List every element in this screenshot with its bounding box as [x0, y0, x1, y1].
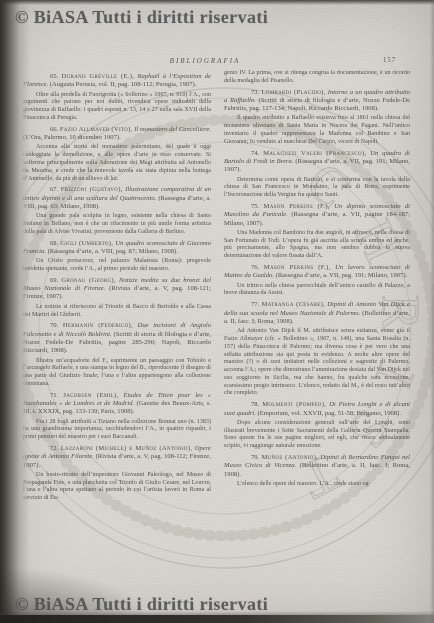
book-binding-shadow — [0, 0, 30, 623]
bibliography-entry-head: 69. Gronau (Georg), Notizie inedite su d… — [23, 277, 211, 302]
copyright-watermark-bottom: © BiASA Tutti i diritti riservati — [15, 594, 268, 615]
bibliography-note: Ad Antonio Van Dijck il M. attribuisce s… — [224, 328, 410, 398]
entry-number: 77. — [251, 301, 259, 308]
entry-number: 68. — [50, 240, 58, 247]
bibliography-entry-head: 71. Jacobsen (Emil), Études de Titien po… — [23, 392, 211, 417]
entry-author: Molmenti (Pompeo), — [262, 401, 326, 408]
entry-number: 71. — [50, 392, 58, 399]
bibliography-entry-head: 70. Hermanin (Federico), Due incisioni d… — [23, 322, 211, 355]
page-header: BIBLIOGRAFIA 157 — [0, 57, 434, 69]
entry-ref: (Emporium, vol. XXVII, pag. 51-58; Berga… — [258, 410, 401, 417]
bibliography-note: Dopo alcune considerazioni generali sull… — [224, 420, 410, 451]
bibliography-note: Illustra un’acquaforte del F., espriment… — [23, 358, 211, 389]
entry-author: Lazzaroni (Michele) e Muñoz (Antonio), — [61, 445, 193, 452]
bibliography-note: Un trittico nella chiesa parrocchiale de… — [224, 283, 410, 299]
page-number: 157 — [383, 57, 396, 64]
bibliography-note: Una Madonna col Bambino fra due angioli,… — [224, 230, 410, 261]
entry-author: Hermanin (Federico), — [63, 322, 133, 329]
entry-author: Mason Perkins (F.), — [264, 264, 331, 271]
bibliography-entry-head: 65. Durand Gréville (E.), Raphaël à l’Ex… — [23, 73, 211, 90]
entry-author: Frizzoni (Gustavo), — [61, 186, 123, 193]
bibliography-entry-head: 66. Fazio Allmayer (Vito), Il monastero … — [23, 126, 211, 143]
entry-number: 72. — [50, 445, 58, 452]
entry-number: 70. — [50, 322, 58, 329]
bibliography-entry-head: 72. Lazzaroni (Michele) e Muñoz (Antonio… — [23, 445, 211, 470]
bibliography-note: Il quadro attribuito a Raffaello esistev… — [224, 115, 410, 146]
bibliography-note: L’elenco delle opere del maestro. L’A., … — [224, 481, 410, 489]
entry-ref: (Rassegna d’arte, a. VII, pag. 191; Mila… — [276, 272, 408, 279]
bibliography-column-right: genio IV. La prima, ove si ritenga congr… — [224, 70, 410, 536]
bibliography-note: Un Cristo portacroce, nel palazzo Malate… — [23, 258, 211, 274]
entry-author: Jacobsen (Emil), — [63, 392, 118, 399]
bibliography-entry-head: 76. Mason Perkins (F.), Un lavoro sconos… — [224, 264, 410, 281]
entry-author: Gigli (Umberto), — [60, 240, 113, 247]
entry-author: Muñoz (Antonio), — [261, 454, 318, 461]
bibliography-note: Determina come opera di Bartolo, e si co… — [224, 177, 410, 200]
entry-number: 65. — [50, 73, 58, 80]
entry-author: Malaguzzi Valeri (Francesco), — [263, 150, 366, 157]
bibliography-note: Le notizie si riferiscono al Trionfo di … — [23, 304, 211, 320]
entry-ref: (Augusta Perusia, vol. II, pag. 108-112;… — [50, 81, 196, 88]
bibliography-entry-head: 74. Malaguzzi Valeri (Francesco), Un qua… — [224, 150, 410, 175]
copyright-watermark-top: © BiASA Tutti i diritti riservati — [15, 7, 268, 28]
entry-number: 67. — [50, 186, 58, 193]
bibliography-column-left: 65. Durand Gréville (E.), Raphaël à l’Ex… — [23, 70, 211, 536]
entry-author: Fazio Allmayer (Vito), — [60, 126, 133, 133]
bibliography-entry-head: 78. Molmenti (Pompeo), Di Pietro Longhi … — [224, 401, 410, 418]
entry-number: 73. — [251, 89, 259, 96]
bibliography-note: Accenna alla storia del monastero palerm… — [23, 144, 211, 183]
entry-title: Il monastero del Cancelliere. — [134, 126, 211, 133]
bibliography-entry-head: 67. Frizzoni (Gustavo), Illustrazione co… — [23, 186, 211, 211]
bibliography-note: Oltre alla predella di Fuorigrotta (« So… — [23, 92, 211, 123]
entry-number: 76. — [251, 264, 259, 271]
entry-author: Gronau (Georg), — [61, 277, 116, 284]
bibliography-note: genio IV. La prima, ove si ritenga congr… — [224, 70, 410, 86]
entry-number: 79. — [251, 454, 259, 461]
entry-author: Lombardi (Placido), — [261, 89, 325, 96]
bibliography-entry-head: 77. Matranga (Cesare), Dipinti di Antoni… — [224, 301, 410, 326]
entry-author: Matranga (Cesare), — [261, 301, 325, 308]
entry-number: 66. — [50, 126, 58, 133]
bibliography-note: Fra i 28 fogli attribuiti a Tiziano nell… — [23, 419, 211, 442]
scan-right-edge — [430, 0, 434, 623]
entry-number: 74. — [251, 150, 259, 157]
bibliography-note: Una grande pala scolpita in legno, esist… — [23, 213, 211, 236]
entry-ref: (Rassegna d’arte, a. VIII, pag. 87; Mila… — [48, 248, 178, 255]
bibliography-entry-head: 73. Lombardi (Placido), Intorno a un qua… — [224, 89, 410, 114]
bibliography-note: Un busto-ritratto dell’imperatore Giovan… — [23, 472, 211, 503]
scan-bottom-edge — [0, 615, 434, 623]
entry-author: Mason Perkins (F.), — [264, 203, 330, 210]
bibliography-entry-head: 79. Muñoz (Antonio), Dipinti di Bernardi… — [224, 454, 410, 479]
entry-ref: (L’Ora, Palermo, 10 dicembre 1907). — [23, 134, 121, 141]
entry-number: 69. — [50, 277, 58, 284]
running-title: BIBLIOGRAFIA — [150, 57, 260, 65]
scanned-book-page: CHRIST BIBLIOGRAFIA 157 65. Durand Grévi… — [0, 0, 434, 623]
entry-number: 78. — [251, 401, 259, 408]
entry-number: 75. — [251, 203, 259, 210]
entry-author: Durand Gréville (E.), — [62, 73, 135, 80]
bibliography-entry-head: 75. Mason Perkins (F.), Un dipinto scono… — [224, 203, 410, 228]
scan-top-edge — [0, 0, 434, 5]
bibliography-entry-head: 68. Gigli (Umberto), Un quadro sconosciu… — [23, 240, 211, 257]
